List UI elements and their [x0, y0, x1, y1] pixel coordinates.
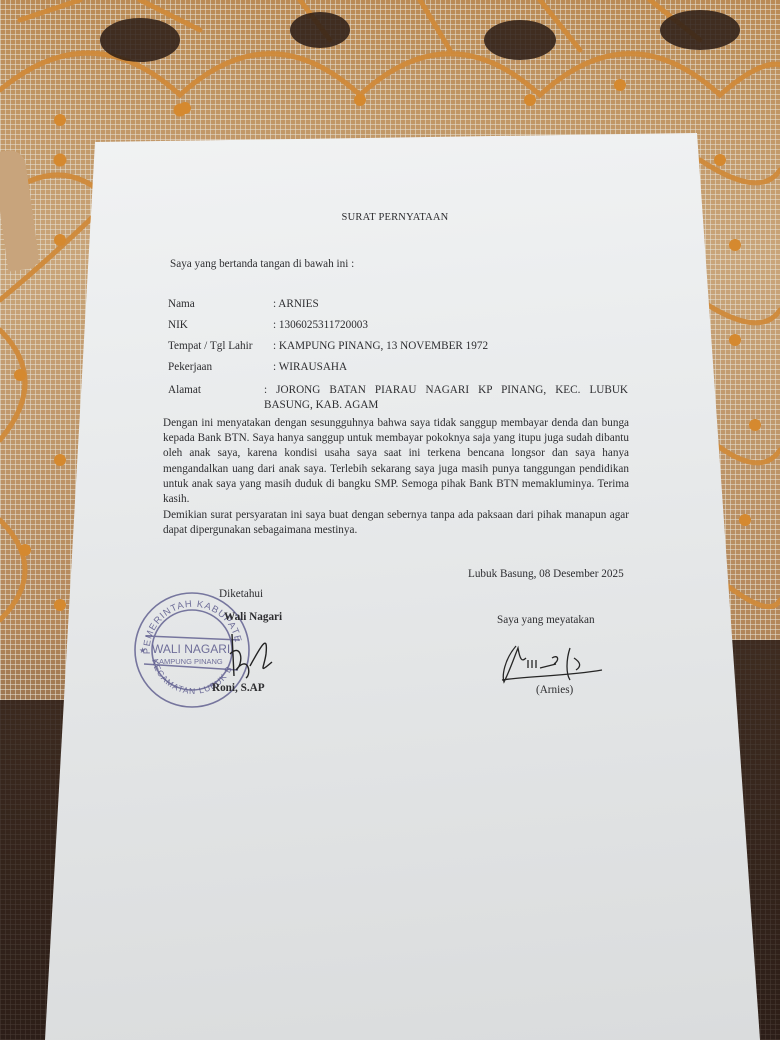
letter-title: SURAT PERNYATAAN	[150, 212, 640, 223]
field-label-nik: NIK	[168, 319, 188, 331]
closing-paragraph: Demikian surat persyaratan ini saya buat…	[163, 508, 629, 538]
intro-line: Saya yang bertanda tangan di bawah ini :	[170, 258, 354, 270]
declarant-statement-label: Saya yang meyatakan	[497, 614, 595, 626]
field-label-address: Alamat	[168, 383, 201, 398]
stamp-center-subtitle: KAMPUNG PINANG	[154, 657, 223, 666]
statement-paragraph: Dengan ini menyatakan dengan sesungguhny…	[163, 416, 629, 507]
place-date: Lubuk Basung, 08 Desember 2025	[468, 568, 624, 580]
field-value-occupation: : WIRAUSAHA	[273, 361, 347, 373]
field-label-occupation: Pekerjaan	[168, 361, 212, 373]
acknowledged-label: Diketahui	[219, 588, 263, 600]
stamp-center-title: WALI NAGARI	[152, 642, 230, 656]
field-value-nik: : 1306025311720003	[273, 319, 368, 331]
official-position: Wali Nagari	[224, 611, 282, 623]
official-signature	[222, 624, 274, 684]
statement-letter: SURAT PERNYATAAN Saya yang bertanda tang…	[0, 0, 780, 1040]
field-label-birth: Tempat / Tgl Lahir	[168, 340, 252, 352]
official-name: Roni, S.AP	[212, 682, 265, 694]
declarant-name: (Arnies)	[536, 684, 573, 696]
svg-text:★: ★	[139, 646, 146, 655]
address-block: Alamat : JORONG BATAN PIARAU NAGARI KP P…	[264, 383, 628, 413]
declarant-signature	[498, 640, 608, 688]
field-value-birth: : KAMPUNG PINANG, 13 NOVEMBER 1972	[273, 340, 488, 352]
field-value-name: : ARNIES	[273, 298, 319, 310]
field-label-name: Nama	[168, 298, 195, 310]
field-value-address: : JORONG BATAN PIARAU NAGARI KP PINANG, …	[264, 384, 628, 411]
